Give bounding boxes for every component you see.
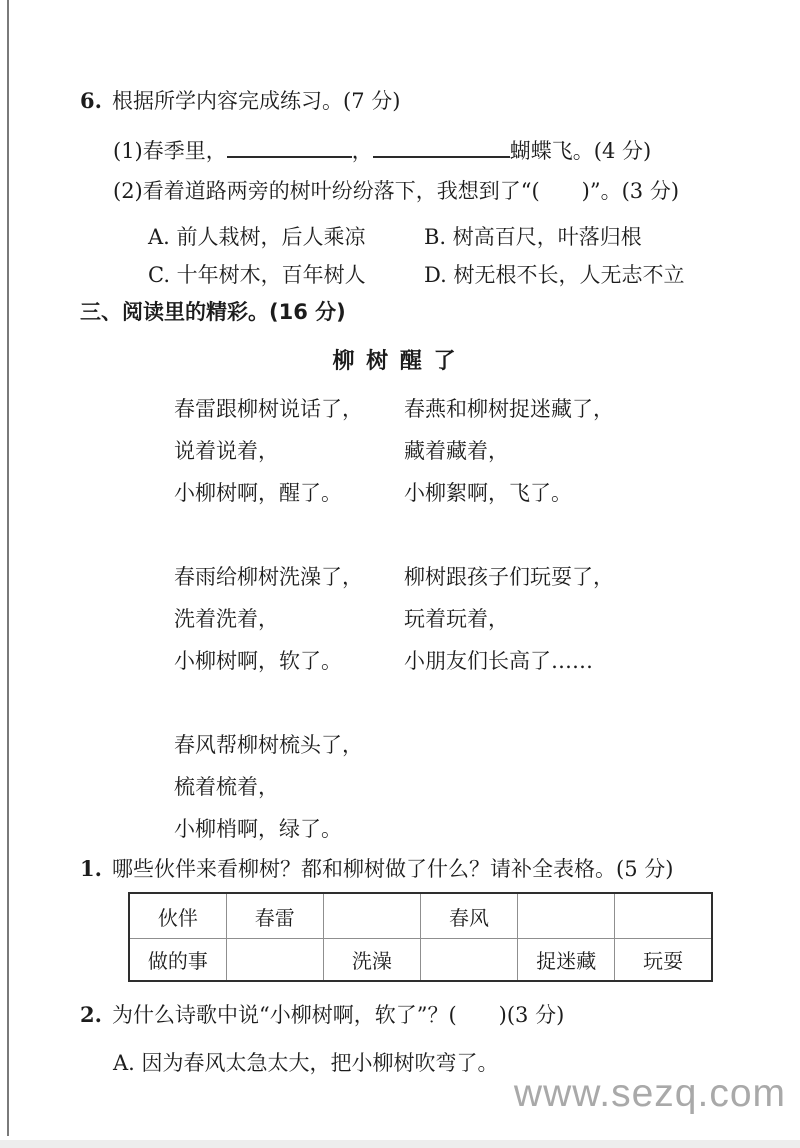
left-margin-rule [7, 0, 9, 1136]
worksheet-page: 6. 根据所学内容完成练习。(7 分) (1)春季里，，蝴蝶飞。(4 分) (2… [0, 0, 800, 1148]
poem-line: 玩着玩着， [404, 598, 614, 640]
poem-right-column: 春燕和柳树捉迷藏了， 藏着藏着， 小柳絮啊，飞了。 柳树跟孩子们玩耍了， 玩着玩… [404, 388, 614, 682]
bottom-edge-strip [0, 1140, 800, 1148]
q2-option-a: A. 因为春风太急太大，把小柳树吹弯了。 [113, 1050, 499, 1076]
poem-line: 小柳树啊，软了。 [174, 640, 363, 682]
table-row-partners: 伙伴 春雷 春风 [129, 893, 712, 939]
table-cell: 做的事 [129, 939, 226, 982]
question-6-text: 根据所学内容完成练习。(7 分) [112, 88, 400, 114]
question-2: 2. 为什么诗歌中说“小柳树啊，软了”？( )(3 分) [80, 1002, 564, 1028]
poem-line: 春雨给柳树洗澡了， [174, 556, 363, 598]
poem-line: 小柳树啊，醒了。 [174, 472, 363, 514]
q6-option-d: D. 树无根不长，人无志不立 [424, 262, 684, 288]
poem-stanza: 春燕和柳树捉迷藏了， 藏着藏着， 小柳絮啊，飞了。 [404, 388, 614, 514]
question-6-sub1-mid: ， [352, 139, 373, 163]
poem-line: 小柳梢啊，绿了。 [174, 808, 363, 850]
table-cell [323, 893, 420, 939]
table-cell [615, 893, 712, 939]
table-cell [226, 939, 323, 982]
question-1-number: 1. [80, 856, 112, 882]
q6-option-a: A. 前人栽树，后人乘凉 [148, 224, 366, 250]
poem-title: 柳 树 醒 了 [0, 344, 790, 375]
poem-line: 小柳絮啊，飞了。 [404, 472, 614, 514]
poem-line: 梳着梳着， [174, 766, 363, 808]
question-6-sub2: (2)看着道路两旁的树叶纷纷落下，我想到了“( )”。(3 分) [113, 177, 679, 205]
poem-line: 柳树跟孩子们玩耍了， [404, 556, 614, 598]
poem-line: 春雷跟柳树说话了， [174, 388, 363, 430]
poem-stanza: 柳树跟孩子们玩耍了， 玩着玩着， 小朋友们长高了…… [404, 556, 614, 682]
poem-line: 春风帮柳树梳头了， [174, 724, 363, 766]
question-6: 6. 根据所学内容完成练习。(7 分) [80, 88, 400, 114]
question-6-sub1-suffix: 蝴蝶飞。(4 分) [510, 139, 651, 163]
fill-in-table: 伙伴 春雷 春风 做的事 洗澡 捉迷藏 玩耍 [128, 892, 713, 982]
question-2-text: 为什么诗歌中说“小柳树啊，软了”？( )(3 分) [112, 1002, 564, 1028]
table-cell [420, 939, 517, 982]
poem-stanza: 春风帮柳树梳头了， 梳着梳着， 小柳梢啊，绿了。 [174, 724, 363, 850]
table-cell: 春雷 [226, 893, 323, 939]
answer-blank-1 [227, 134, 352, 158]
table-cell [518, 893, 615, 939]
section-3-heading: 三、阅读里的精彩。(16 分) [80, 298, 346, 326]
poem-line: 藏着藏着， [404, 430, 614, 472]
poem-line: 说着说着， [174, 430, 363, 472]
table-row-actions: 做的事 洗澡 捉迷藏 玩耍 [129, 939, 712, 982]
table-cell: 捉迷藏 [518, 939, 615, 982]
table-cell: 春风 [420, 893, 517, 939]
question-1: 1. 哪些伙伴来看柳树？都和柳树做了什么？请补全表格。(5 分) [80, 856, 673, 882]
question-2-number: 2. [80, 1002, 112, 1028]
table-cell: 玩耍 [615, 939, 712, 982]
poem-left-column: 春雷跟柳树说话了， 说着说着， 小柳树啊，醒了。 春雨给柳树洗澡了， 洗着洗着，… [174, 388, 363, 850]
q6-option-b: B. 树高百尺，叶落归根 [424, 224, 642, 250]
table-cell: 洗澡 [323, 939, 420, 982]
q6-option-c: C. 十年树木，百年树人 [148, 262, 366, 288]
question-1-text: 哪些伙伴来看柳树？都和柳树做了什么？请补全表格。(5 分) [112, 856, 673, 882]
poem-stanza: 春雷跟柳树说话了， 说着说着， 小柳树啊，醒了。 [174, 388, 363, 514]
question-6-number: 6. [80, 88, 112, 114]
watermark-text: www.sezq.com [514, 1072, 786, 1116]
poem-stanza: 春雨给柳树洗澡了， 洗着洗着， 小柳树啊，软了。 [174, 556, 363, 682]
answer-blank-2 [373, 134, 510, 158]
poem-line: 小朋友们长高了…… [404, 640, 614, 682]
poem-line: 春燕和柳树捉迷藏了， [404, 388, 614, 430]
question-6-sub1-prefix: (1)春季里， [113, 139, 227, 163]
poem-line: 洗着洗着， [174, 598, 363, 640]
table-cell: 伙伴 [129, 893, 226, 939]
question-6-sub1: (1)春季里，，蝴蝶飞。(4 分) [113, 134, 651, 165]
